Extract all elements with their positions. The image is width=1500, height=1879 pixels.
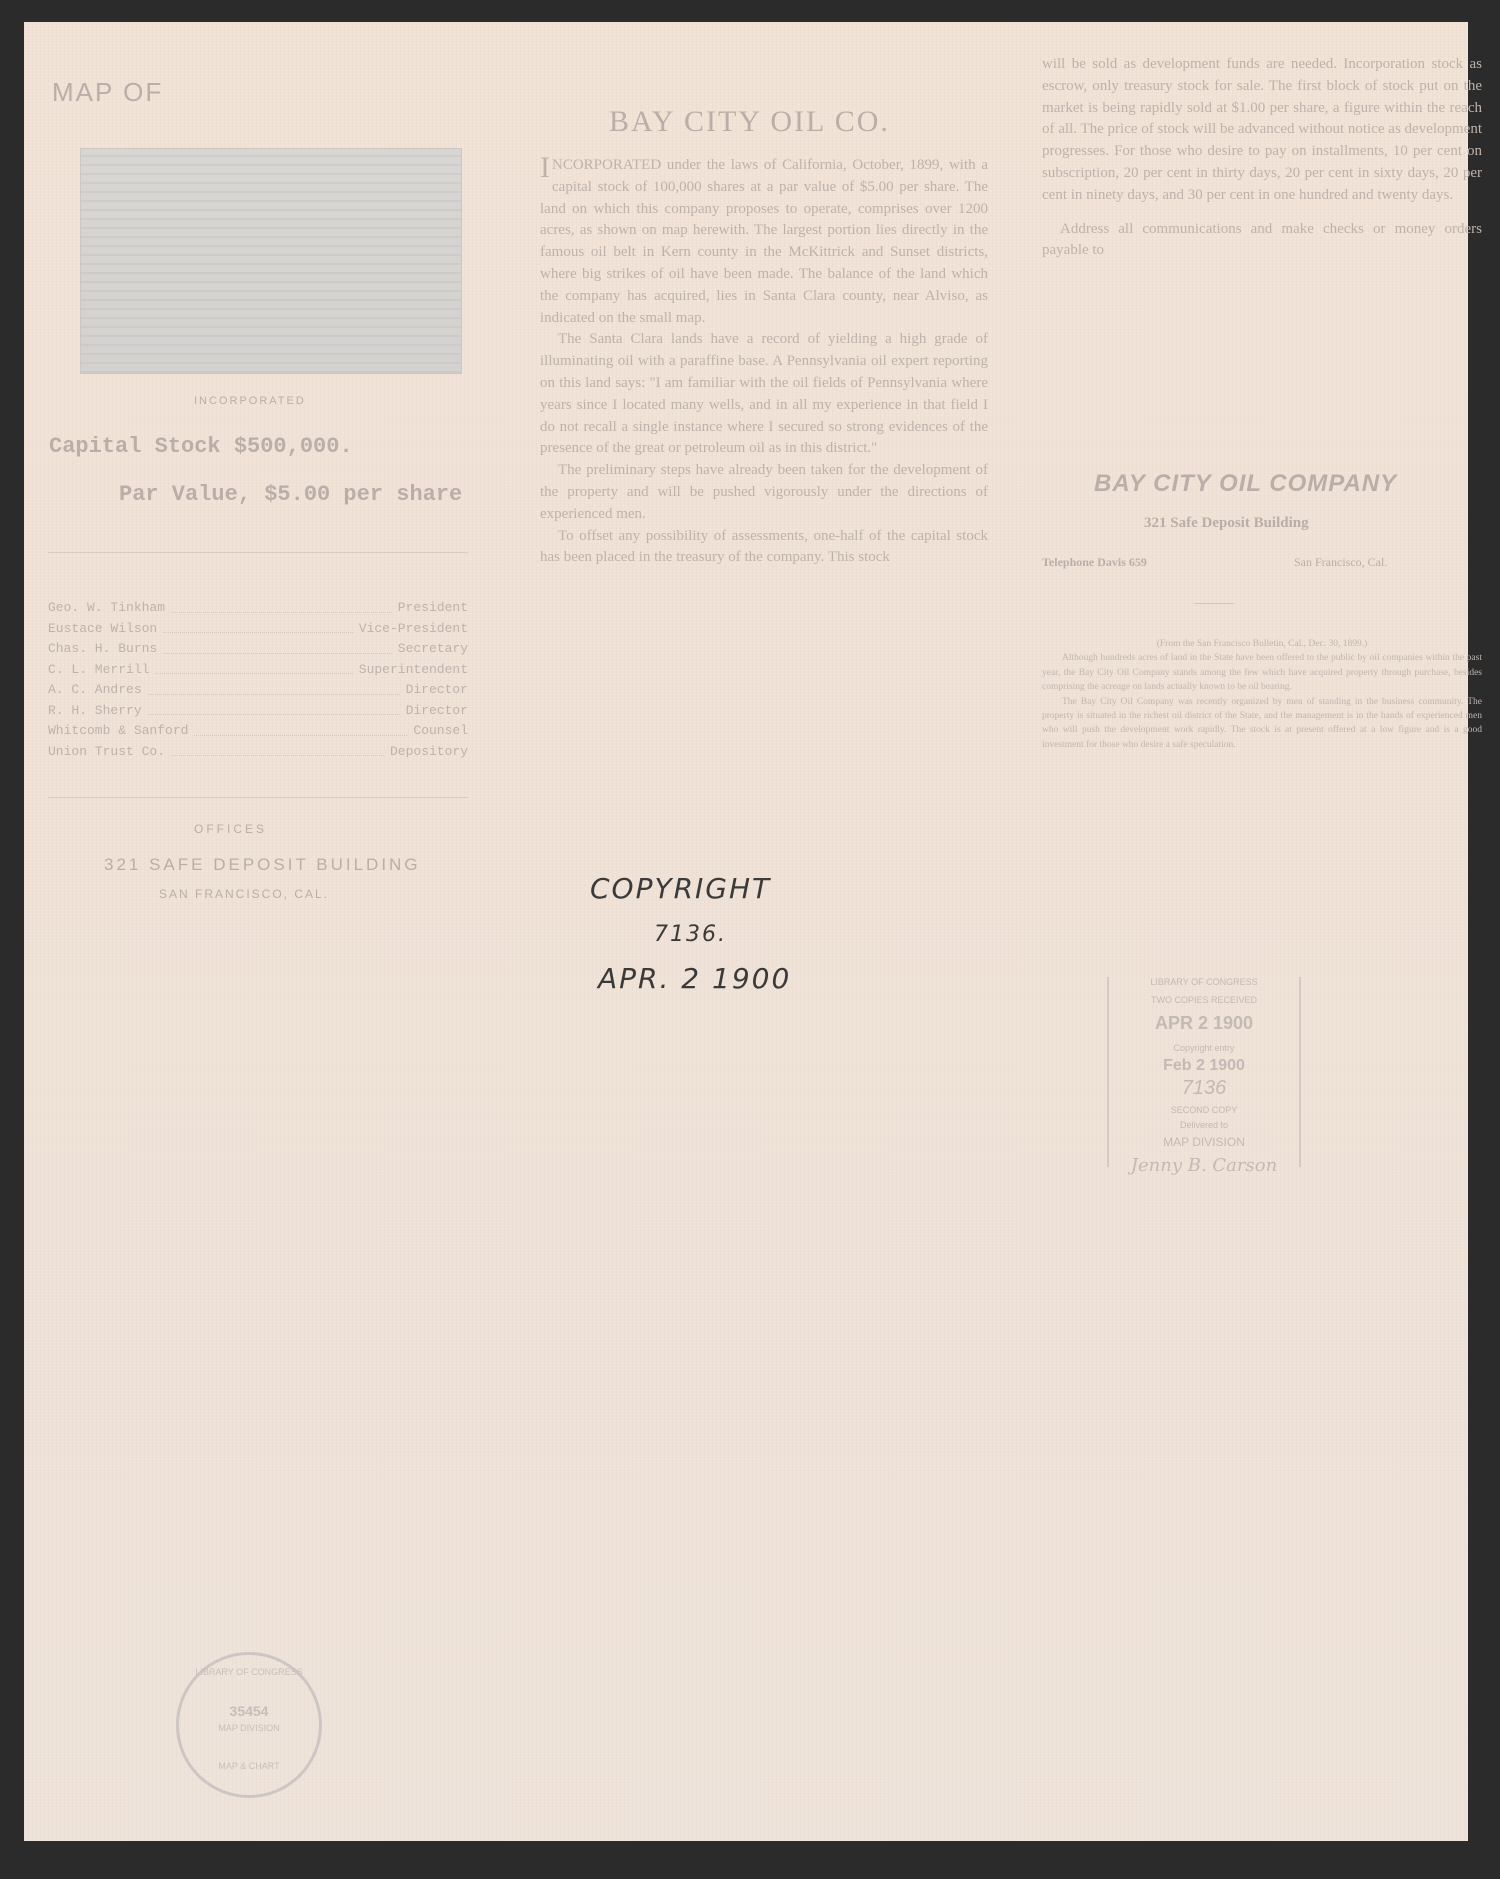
address-city: San Francisco, Cal. <box>1294 555 1387 570</box>
officer-row: Eustace WilsonVice-President <box>48 619 468 640</box>
stamp-text: MAP DIVISION <box>179 1723 319 1733</box>
round-library-stamp: LIBRARY OF CONGRESS 35454 MAP DIVISION M… <box>176 1652 322 1798</box>
divider <box>48 552 468 553</box>
newspaper-excerpt: (From the San Francisco Bulletin, Cal., … <box>1042 637 1482 752</box>
registration-stamp: LIBRARY OF CONGRESS TWO COPIES RECEIVED … <box>1107 977 1301 1167</box>
paragraph: To offset any possibility of assessments… <box>540 526 988 570</box>
officer-name: C. L. Merrill <box>48 660 149 681</box>
officer-name: Whitcomb & Sanford <box>48 721 188 742</box>
stamp-line: Copyright entry <box>1109 1043 1299 1053</box>
paragraph-text: NCORPORATED under the laws of California… <box>540 157 988 326</box>
divider <box>48 797 468 798</box>
officer-row: Union Trust Co.Depository <box>48 742 468 763</box>
officer-title: Vice-President <box>359 619 468 640</box>
officer-name: Union Trust Co. <box>48 742 165 763</box>
offices-city: SAN FRANCISCO, CAL. <box>159 887 329 901</box>
officer-title: Depository <box>390 742 468 763</box>
officer-name: Chas. H. Burns <box>48 639 157 660</box>
officer-title: Director <box>406 680 468 701</box>
stamp-line: SECOND COPY <box>1109 1105 1299 1115</box>
map-title: MAP OF <box>52 77 163 108</box>
prospectus-body: INCORPORATED under the laws of Californi… <box>540 155 988 569</box>
map-image <box>80 148 462 374</box>
excerpt-source: (From the San Francisco Bulletin, Cal., … <box>1042 637 1482 651</box>
address-building: 321 Safe Deposit Building <box>1144 515 1309 532</box>
offices-label: OFFICES <box>194 822 267 836</box>
stamp-signature: Jenny B. Carson <box>1109 1155 1299 1176</box>
officer-row: C. L. MerrillSuperintendent <box>48 660 468 681</box>
stamp-line: TWO COPIES RECEIVED <box>1109 995 1299 1005</box>
officer-name: R. H. Sherry <box>48 701 142 722</box>
stamp-text: MAP & CHART <box>179 1761 319 1771</box>
officer-title: Counsel <box>413 721 468 742</box>
stamp-line: MAP DIVISION <box>1109 1135 1299 1149</box>
capital-stock: Capital Stock $500,000. <box>49 434 353 459</box>
paragraph: INCORPORATED under the laws of Californi… <box>540 155 988 329</box>
address-phone: Telephone Davis 659 <box>1042 555 1147 570</box>
stamp-line: Delivered to <box>1109 1120 1299 1130</box>
officer-name: Eustace Wilson <box>48 619 157 640</box>
excerpt-paragraph: The Bay City Oil Company was recently or… <box>1042 695 1482 753</box>
stamp-date: Feb 2 1900 <box>1109 1057 1299 1075</box>
officer-row: R. H. SherryDirector <box>48 701 468 722</box>
officer-title: Secretary <box>398 639 468 660</box>
company-title: BAY CITY OIL CO. <box>609 105 890 139</box>
handwritten-date: APR. 2 1900 <box>598 962 791 995</box>
prospectus-body-continued: will be sold as development funds are ne… <box>1042 54 1482 262</box>
officers-list: Geo. W. TinkhamPresident Eustace WilsonV… <box>48 598 468 762</box>
paragraph: The Santa Clara lands have a record of y… <box>540 329 988 460</box>
address-rule: ———— <box>1194 598 1234 609</box>
stamp-number: 7136 <box>1109 1077 1299 1100</box>
incorporated-label: INCORPORATED <box>194 395 306 407</box>
officer-title: President <box>398 598 468 619</box>
officer-title: Superintendent <box>359 660 468 681</box>
paragraph: Address all communications and make chec… <box>1042 219 1482 263</box>
handwritten-copyright: COPYRIGHT <box>590 872 771 905</box>
officer-row: A. C. AndresDirector <box>48 680 468 701</box>
address-company: BAY CITY OIL COMPANY <box>1094 470 1397 498</box>
officer-row: Chas. H. BurnsSecretary <box>48 639 468 660</box>
excerpt-paragraph: Although hundreds acres of land in the S… <box>1042 651 1482 694</box>
stamp-line: LIBRARY OF CONGRESS <box>1109 977 1299 987</box>
officer-name: Geo. W. Tinkham <box>48 598 165 619</box>
stamp-date: APR 2 1900 <box>1109 1013 1299 1034</box>
paragraph: will be sold as development funds are ne… <box>1042 54 1482 207</box>
document-page: MAP OF INCORPORATED Capital Stock $500,0… <box>24 22 1468 1841</box>
offices-address: 321 SAFE DEPOSIT BUILDING <box>104 855 421 875</box>
stamp-number: 35454 <box>179 1703 319 1719</box>
handwritten-number: 7136. <box>654 922 727 947</box>
dropcap: I <box>540 155 550 181</box>
officer-row: Geo. W. TinkhamPresident <box>48 598 468 619</box>
officer-name: A. C. Andres <box>48 680 142 701</box>
par-value: Par Value, $5.00 per share <box>119 482 462 507</box>
officer-title: Director <box>406 701 468 722</box>
stamp-text: LIBRARY OF CONGRESS <box>179 1667 319 1677</box>
officer-row: Whitcomb & SanfordCounsel <box>48 721 468 742</box>
paragraph: The preliminary steps have already been … <box>540 460 988 525</box>
